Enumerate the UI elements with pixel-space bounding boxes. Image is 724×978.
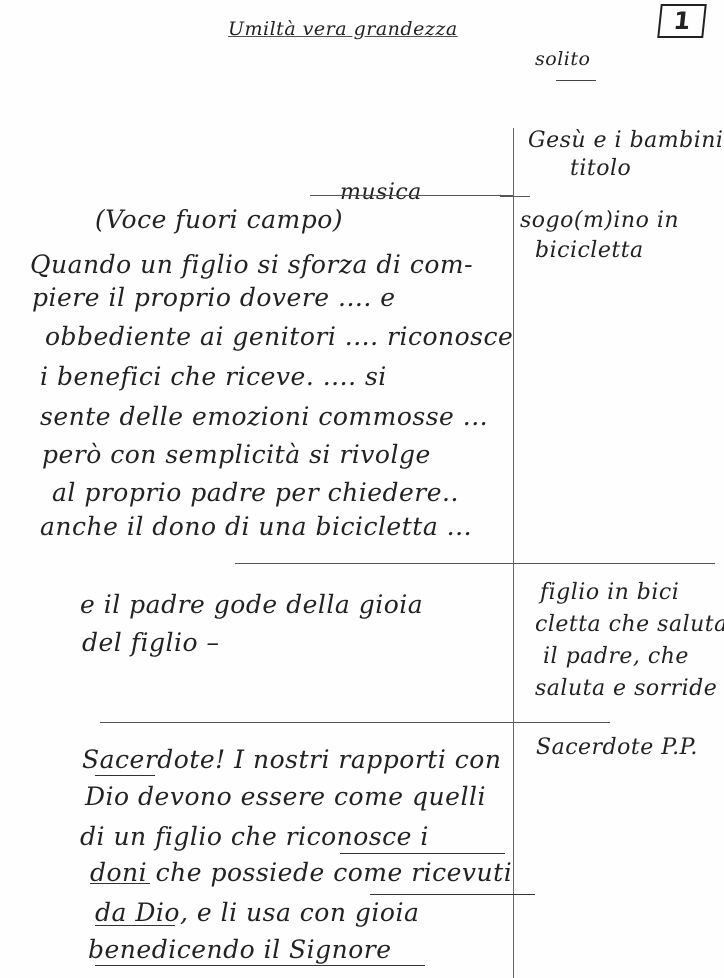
underline [95, 775, 155, 776]
text-line: del figlio – [82, 628, 219, 657]
top-right-note-underline [556, 80, 596, 81]
margin-divider [500, 196, 530, 197]
text-line: obbediente ai genitori .... riconosce [45, 322, 513, 351]
margin-note-line: Sacerdote P.P. [536, 735, 698, 760]
column-divider [513, 128, 514, 978]
text-line: sente delle emozioni commosse ... [40, 402, 488, 431]
margin-note-line: figlio in bici [540, 580, 679, 605]
margin-note-line: titolo [570, 156, 631, 181]
underline [340, 853, 505, 854]
text-line: benedicendo il Signore [88, 935, 392, 964]
section-label: musica [340, 180, 422, 205]
underline [95, 925, 175, 926]
voice-note: (Voce fuori campo) [95, 205, 343, 234]
text-line: Sacerdote! I nostri rapporti con [82, 745, 501, 774]
text-line: Quando un figlio si sforza di com- [30, 250, 473, 279]
top-right-note: solito [535, 48, 590, 70]
text-line: doni che possiede come ricevuti [90, 858, 512, 887]
text-line: Dio devono essere come quelli [85, 782, 486, 811]
underline [370, 894, 535, 895]
manuscript-page: Umiltà vera grandezza 1 solito Gesù e i … [0, 0, 724, 978]
margin-note-line: cletta che saluta [535, 612, 724, 637]
page-title: Umiltà vera grandezza [228, 18, 458, 40]
text-line: al proprio padre per chiedere.. [52, 478, 459, 507]
text-line: i benefici che riceve. .... si [40, 362, 387, 391]
text-line: piere il proprio dovere .... e [32, 283, 396, 312]
text-line: di un figlio che riconosce i [80, 822, 429, 851]
section-divider [235, 563, 715, 564]
underline [95, 965, 425, 966]
section-label-line [310, 195, 513, 196]
page-number-box: 1 [657, 4, 707, 38]
margin-note-line: il padre, che [543, 644, 689, 669]
text-line: da Dio, e li usa con gioia [95, 898, 419, 927]
underline [90, 883, 150, 884]
margin-note-line: Gesù e i bambini [528, 128, 723, 153]
text-line: però con semplicità si rivolge [42, 440, 431, 469]
margin-note-line: bicicletta [535, 238, 644, 263]
margin-note-line: saluta e sorride [535, 676, 717, 701]
text-line: anche il dono di una bicicletta ... [40, 512, 472, 541]
margin-note-line: sogo(m)ino in [520, 208, 679, 233]
text-line: e il padre gode della gioia [80, 590, 423, 619]
section-divider [100, 722, 610, 723]
